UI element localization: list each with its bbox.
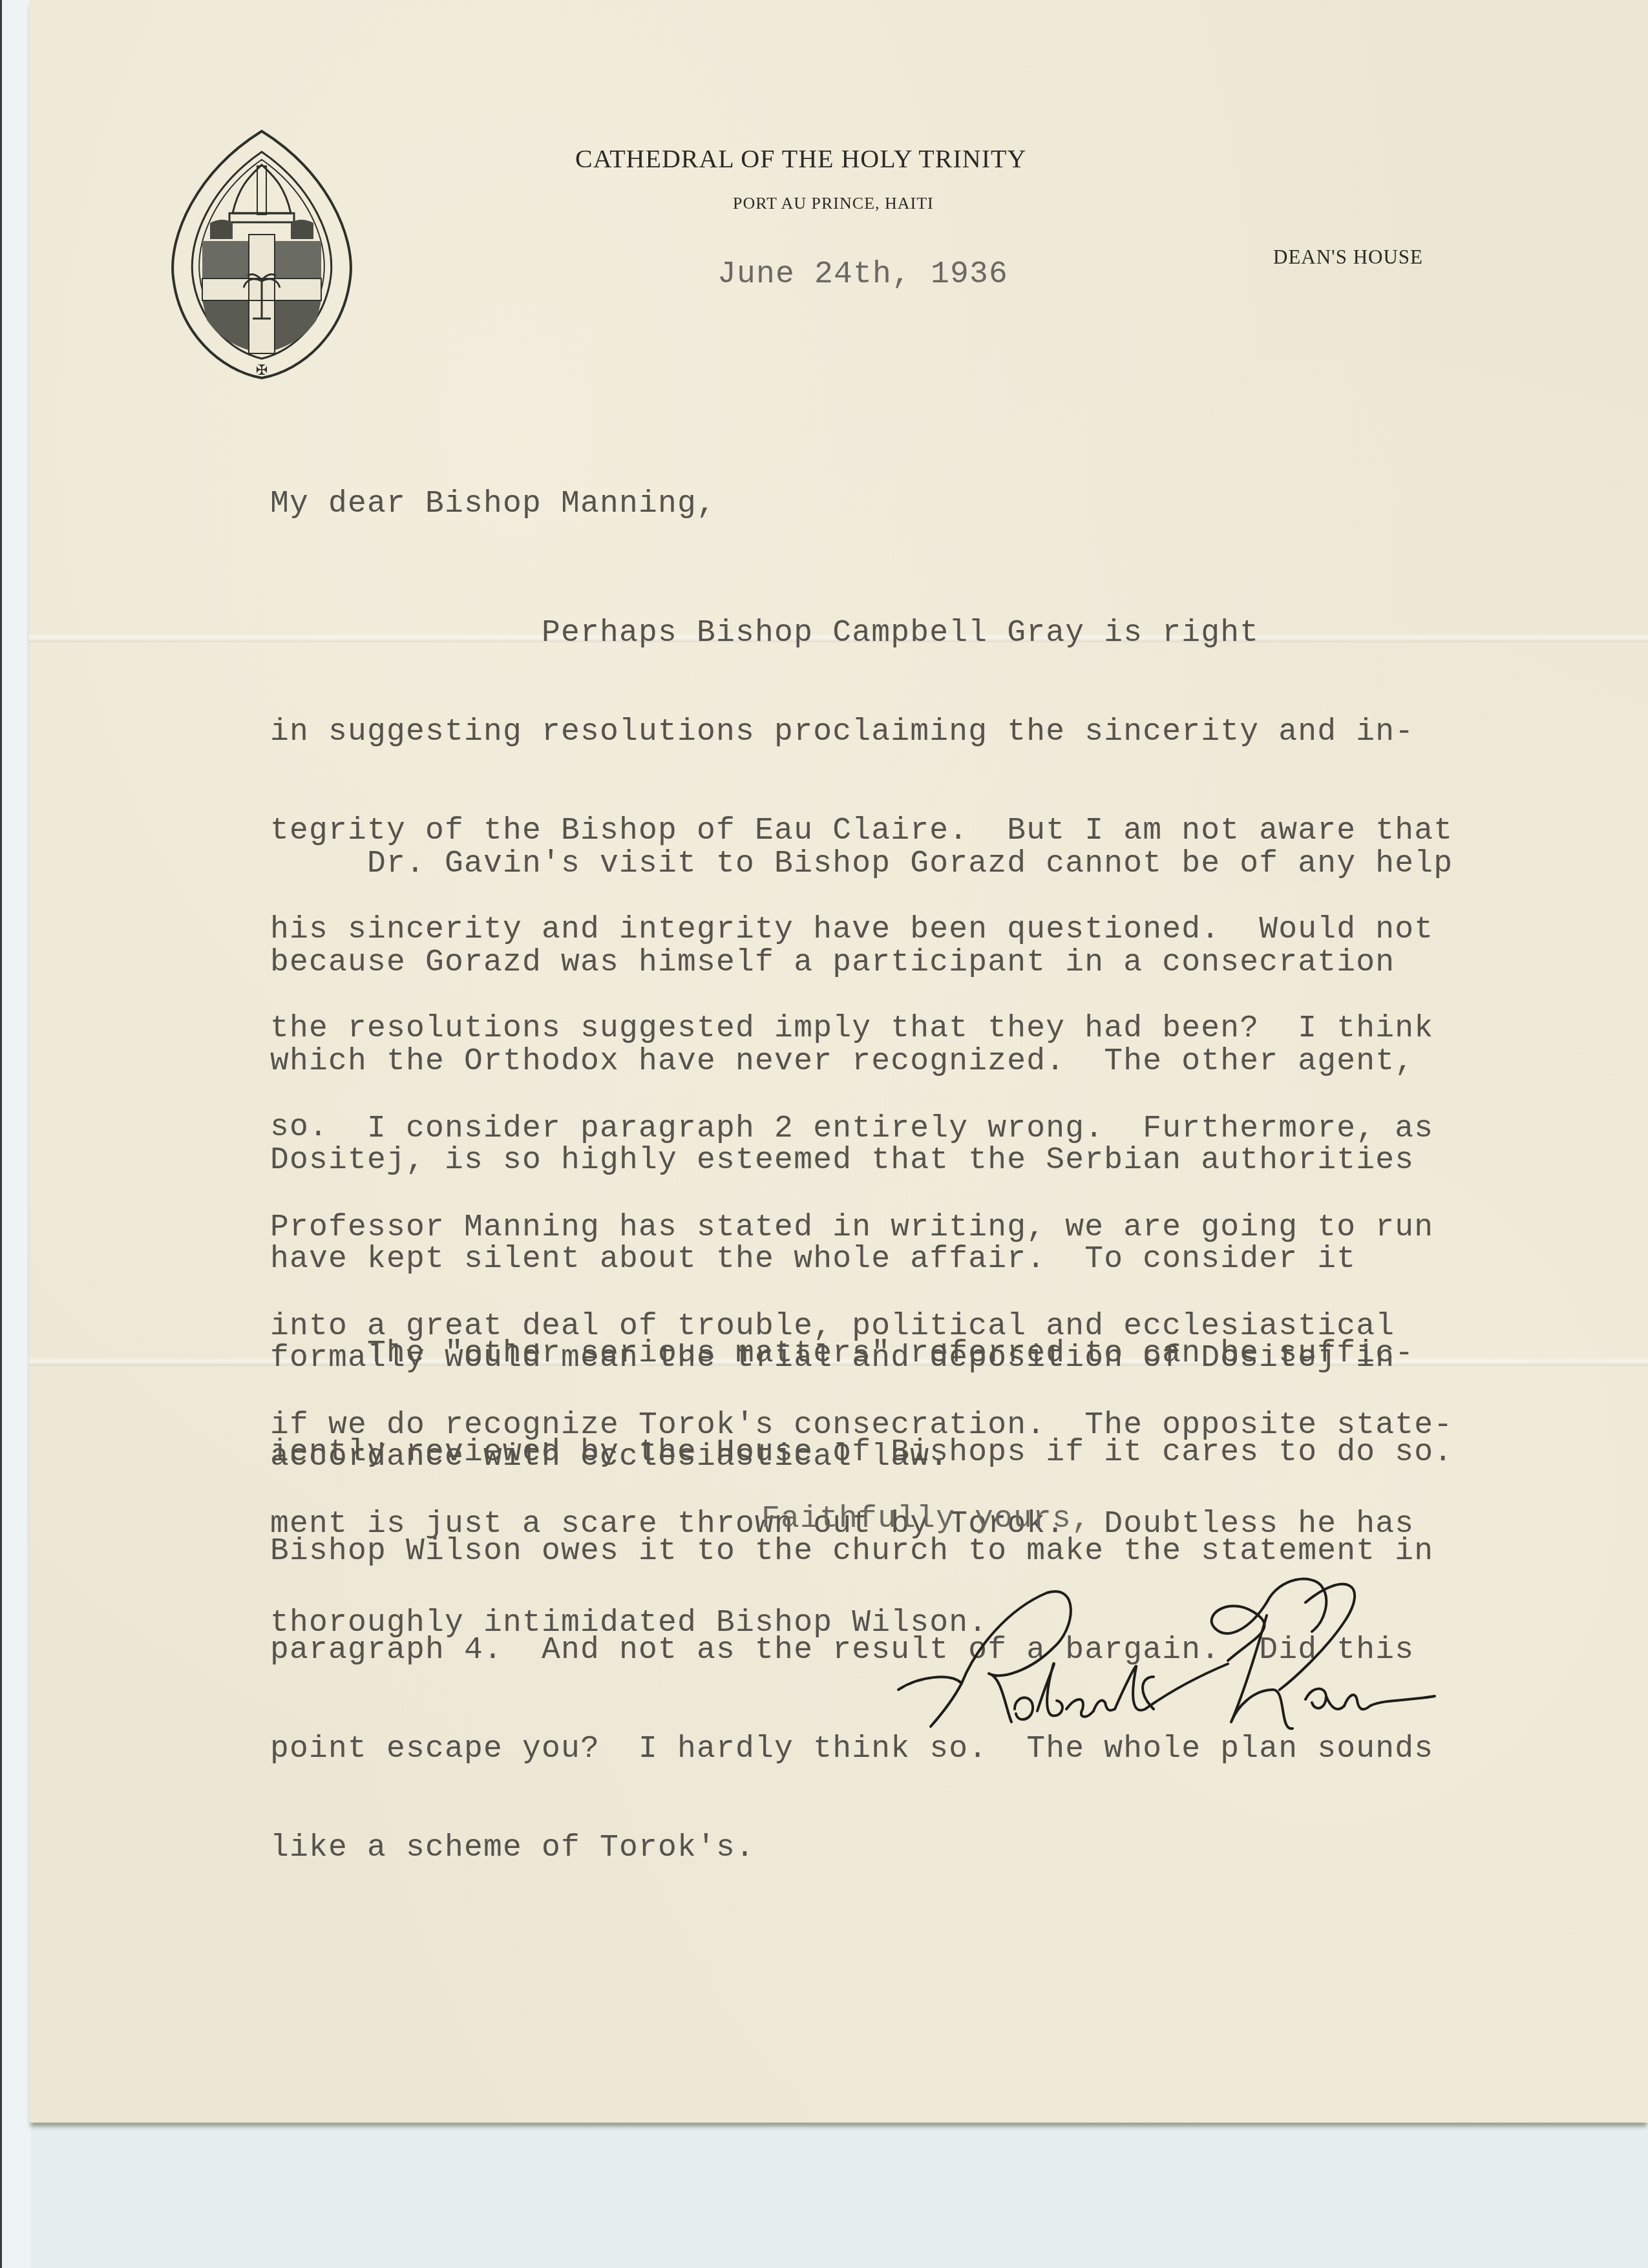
letterhead-title: CATHEDRAL OF THE HOLY TRINITY: [575, 143, 1026, 174]
text-line: like a scheme of Torok's.: [270, 1832, 1453, 1865]
svg-text:✠: ✠: [256, 362, 268, 378]
salutation: My dear Bishop Manning,: [270, 488, 716, 521]
text-line: because Gorazd was himself a participant…: [270, 947, 1453, 980]
text-line: iently reviewed by the House of Bishops …: [270, 1436, 1453, 1469]
text-line: I consider paragraph 2 entirely wrong. F…: [270, 1113, 1453, 1146]
text-line: in suggesting resolutions proclaiming th…: [270, 716, 1453, 749]
text-line: point escape you? I hardly think so. The…: [270, 1733, 1453, 1766]
text-line: Professor Manning has stated in writing,…: [270, 1212, 1453, 1244]
letterhead-deans-house: DEAN'S HOUSE: [1273, 246, 1423, 269]
handwritten-signature: Robert O. Lau: [892, 1551, 1512, 1732]
scanner-background: [0, 0, 31, 2268]
letterhead-city: PORT AU PRINCE, HAITI: [733, 194, 934, 213]
letter-date: June 24th, 1936: [717, 258, 1008, 291]
text-line: Perhaps Bishop Campbell Gray is right: [270, 617, 1453, 650]
text-line: Dr. Gavin's visit to Bishop Gorazd canno…: [270, 848, 1453, 881]
text-line: The "other serious matters" referred to …: [270, 1338, 1453, 1370]
closing: Faithfully yours,: [761, 1503, 1091, 1536]
episcopal-seal-icon: ✠: [162, 126, 362, 381]
